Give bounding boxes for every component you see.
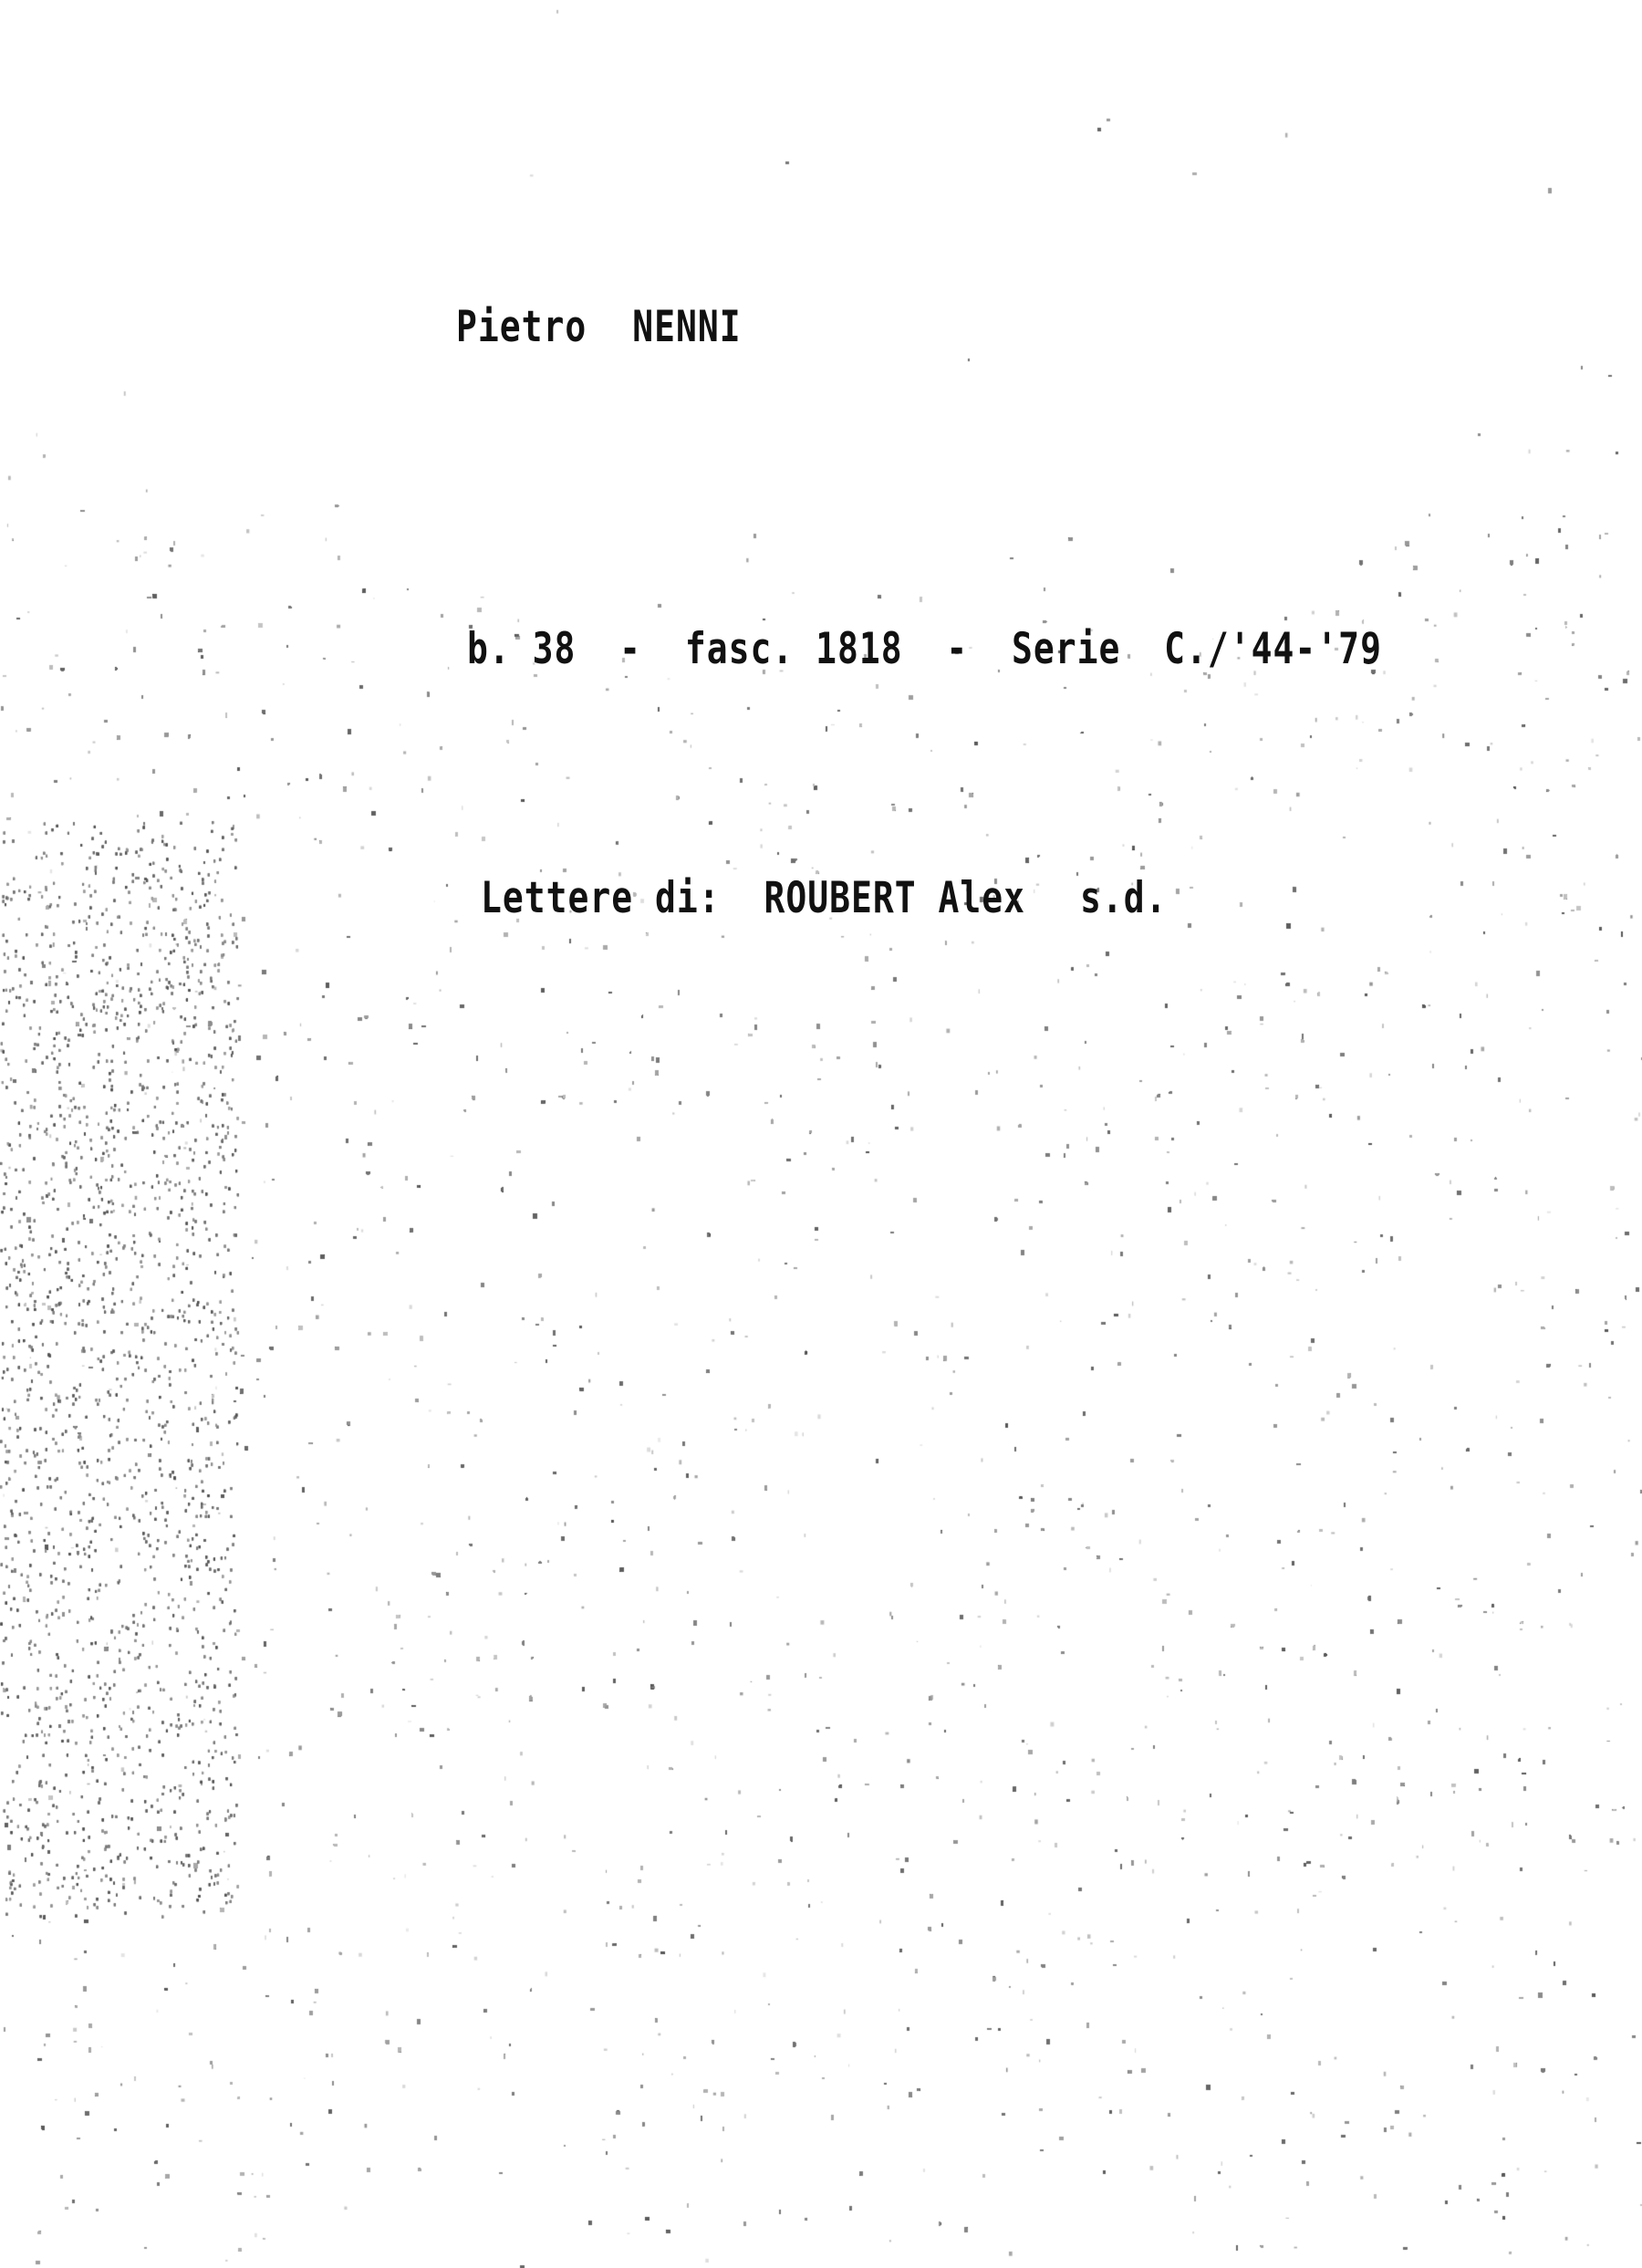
serie-label: Serie C./'44-'79 xyxy=(1012,623,1382,673)
letters-label: Lettere di: xyxy=(481,872,721,922)
fascicolo-number: fasc. 1818 xyxy=(685,623,903,673)
separator: - xyxy=(946,623,968,673)
busta-number: b. 38 xyxy=(467,623,576,673)
scan-noise-texture xyxy=(0,0,1642,2268)
correspondent-name: ROUBERT Alex xyxy=(764,872,1025,922)
last-name: NENNI xyxy=(632,301,741,351)
letters-date: s.d. xyxy=(1080,872,1168,922)
person-name: PietroNENNI xyxy=(456,301,742,351)
first-name: Pietro xyxy=(456,301,587,351)
letters-line: Lettere di: ROUBERT Alexs.d. xyxy=(481,872,1168,922)
archive-reference: b. 38 - fasc. 1818 - Serie C./'44-'79 xyxy=(467,623,1382,673)
separator: - xyxy=(619,623,641,673)
scanned-page: PietroNENNI b. 38 - fasc. 1818 - Serie C… xyxy=(0,0,1642,2268)
